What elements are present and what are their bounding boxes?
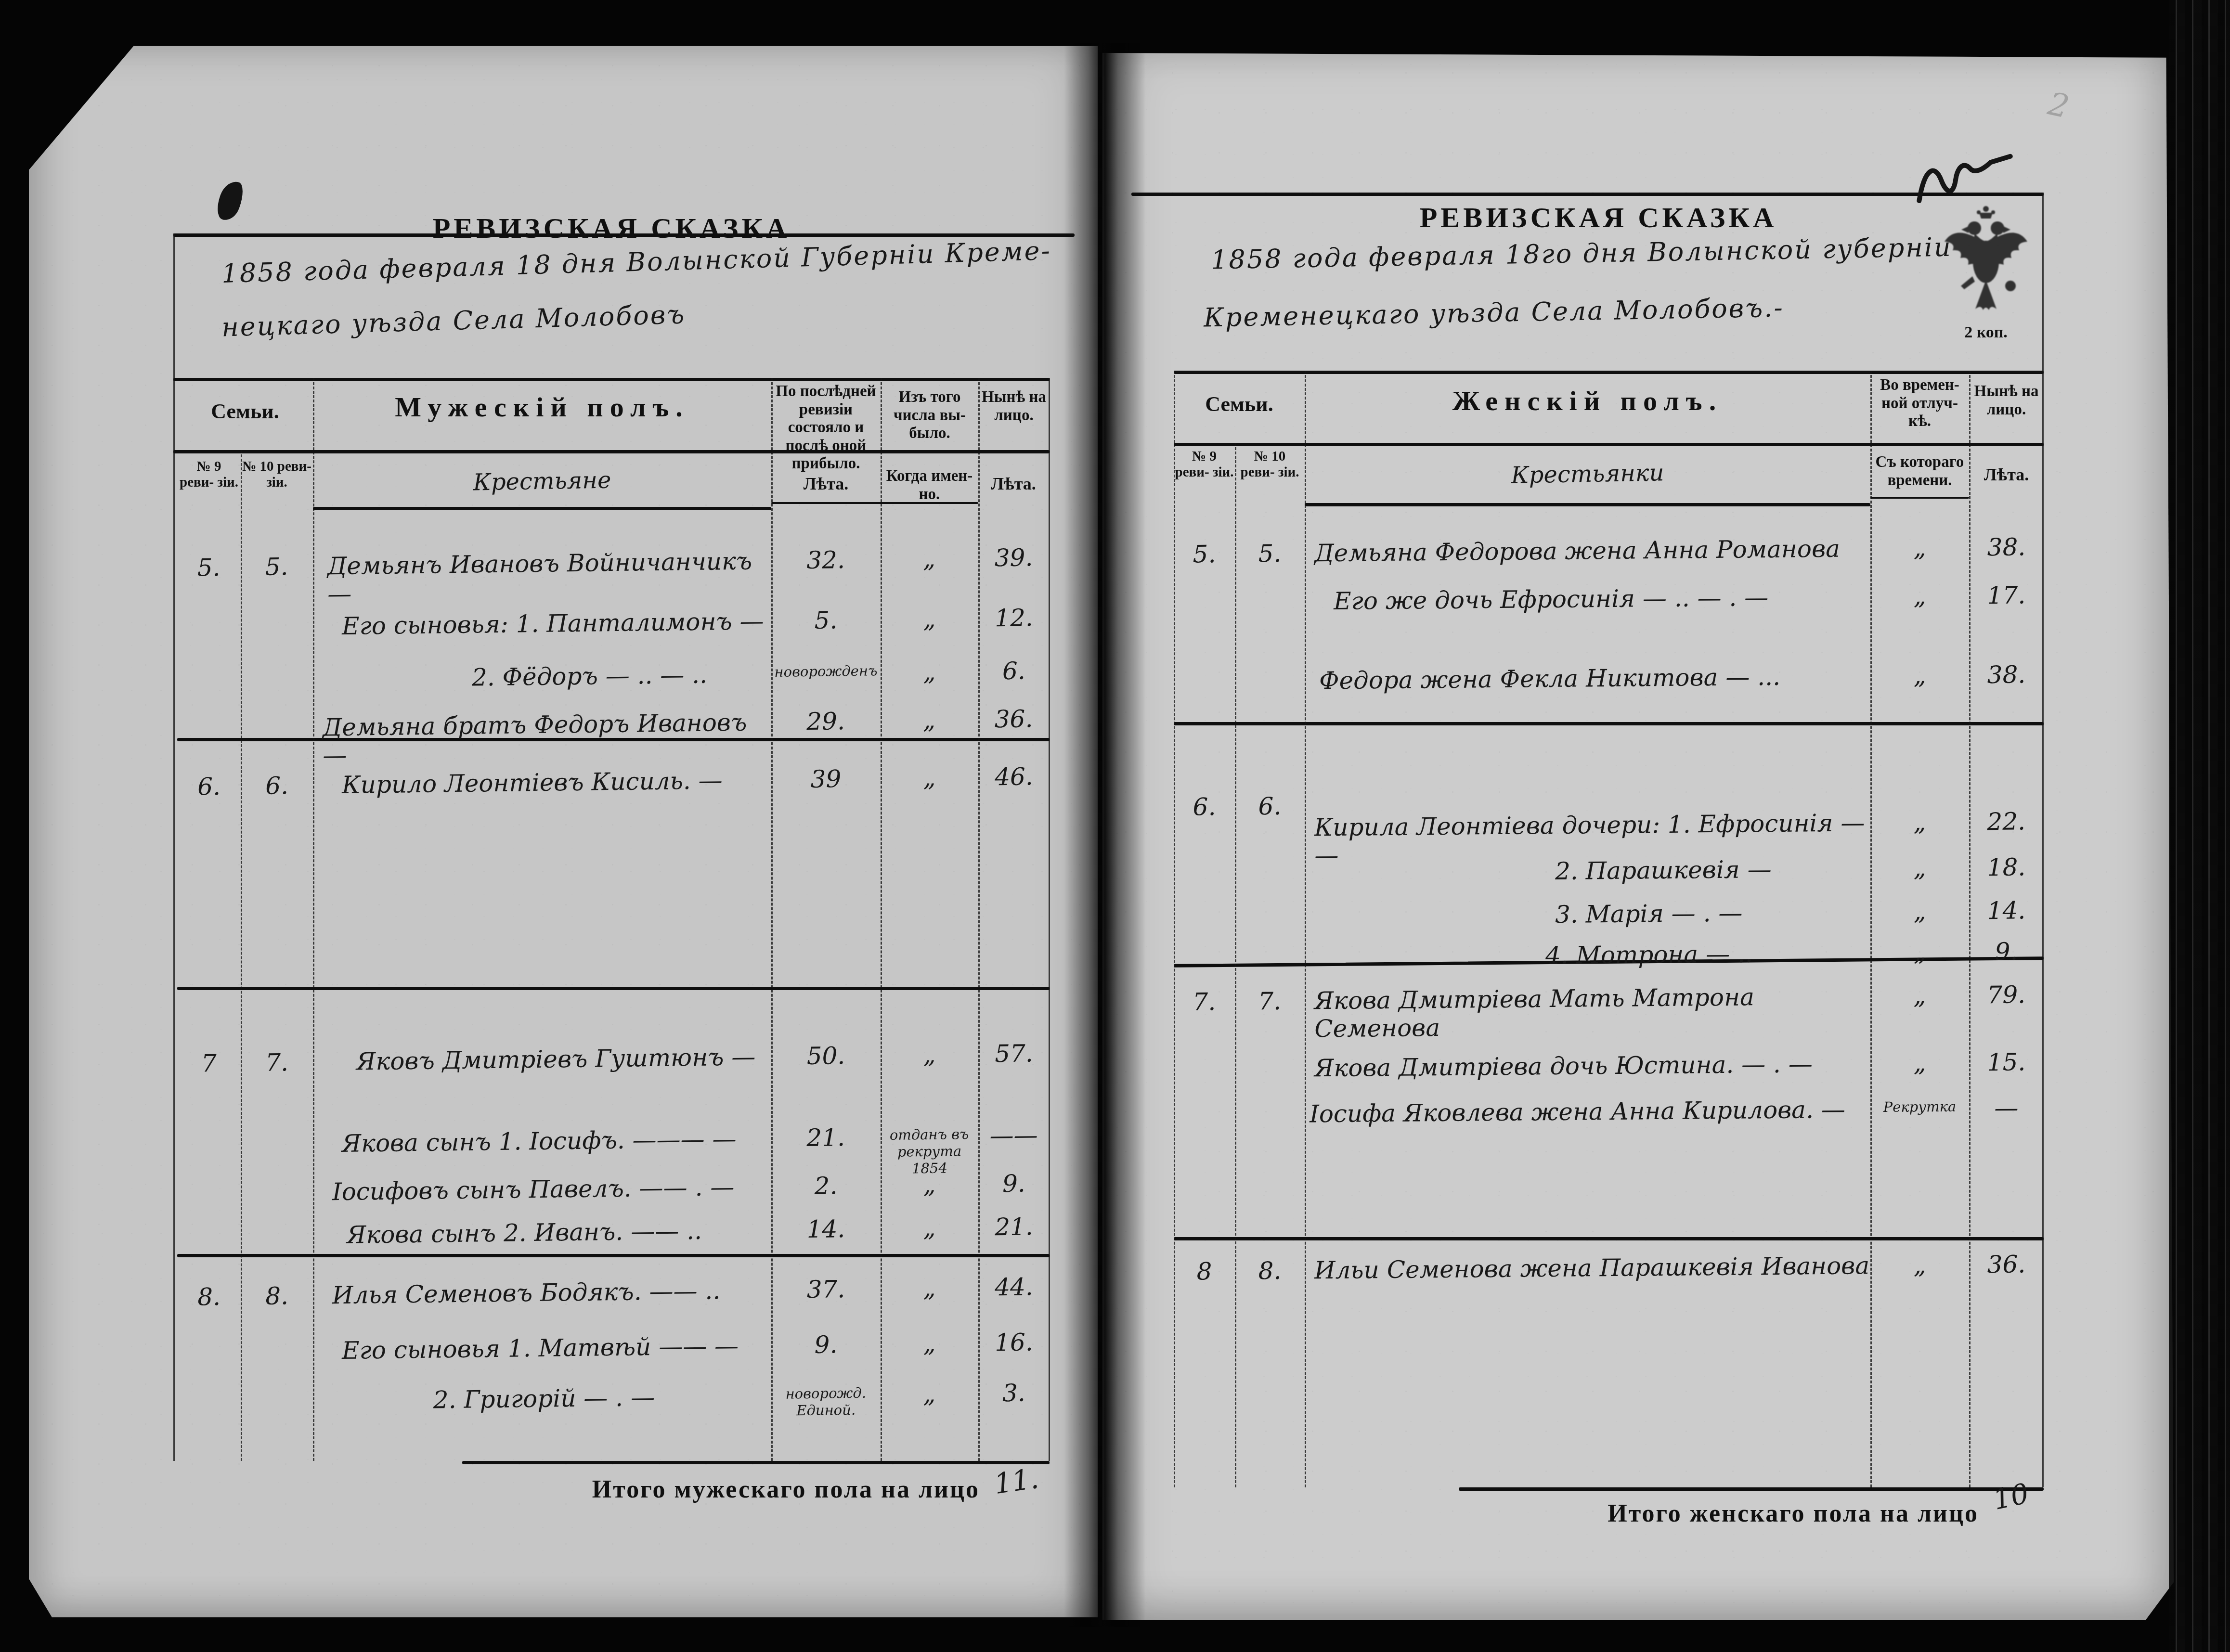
rev9-cell: 5.	[177, 553, 241, 582]
table-top-rule	[173, 378, 1050, 381]
absence-cell: „	[1870, 981, 1969, 1010]
table-row: 7.7.Якова Дмитріева Мать Матрона Семенов…	[1174, 981, 2044, 1044]
rev9-cell	[177, 1388, 241, 1389]
table-row: 3. Марія — . —„14.	[1174, 896, 2044, 932]
age-now-cell: 9.	[978, 1169, 1050, 1198]
name-cell: Его сыновья: 1. Панталимонъ —	[313, 607, 772, 641]
age-prev-cell: 29.	[771, 707, 881, 736]
female-total-label: Итого женскаго пола на лицо	[1305, 1499, 1979, 1528]
rev9-cell	[177, 1222, 241, 1223]
table-row: 4. Мотрона — ..„9.	[1174, 937, 2044, 973]
rev10-cell	[1235, 1100, 1305, 1101]
rev10-cell: 8.	[1235, 1257, 1305, 1285]
age-prev-cell: 14.	[771, 1214, 881, 1244]
rev10-cell	[1235, 944, 1305, 944]
rev10-cell	[241, 1222, 313, 1223]
age-now-cell: 3.	[978, 1379, 1050, 1407]
departed-cell: отданъ въ рекрута 1854	[880, 1122, 978, 1177]
col-subheader-years-now: Лѣта.	[978, 474, 1049, 494]
departed-cell: „	[881, 763, 979, 792]
age-prev-cell: 50.	[771, 1041, 881, 1071]
divider	[313, 507, 771, 510]
name-cell: Якова Дмитріева Мать Матрона Семенова	[1305, 982, 1871, 1043]
name-cell: Его сыновья 1. Матвѣй —— —	[313, 1331, 772, 1365]
absence-cell: „	[1870, 1251, 1969, 1279]
age-now-cell: 44.	[978, 1273, 1050, 1302]
name-cell: Демьяна братъ Федоръ Ивановъ —	[312, 708, 771, 770]
book-page-edges	[2169, 0, 2230, 1652]
age-now-cell: 36.	[1969, 1250, 2044, 1278]
col-header-absence: Во времен- ной отлуч- кѣ.	[1873, 376, 1967, 431]
rev10-cell: 8.	[241, 1282, 313, 1311]
age-now-cell: 9.	[1969, 937, 2044, 966]
table-row: Его сыновья: 1. Панталимонъ —5.„12.	[177, 604, 1050, 642]
name-cell: 2. Григорій — . —	[313, 1382, 772, 1416]
col-header-departed: Изъ того числа вы- было.	[883, 388, 976, 443]
departed-cell: „	[881, 1170, 979, 1199]
name-cell: 2. Фёдоръ — .. — ..	[313, 660, 772, 694]
ink-scribble-mark	[1908, 143, 2029, 213]
table-row: 88.Ильи Семенова жена Парашкевія Иванова…	[1174, 1250, 2044, 1286]
age-prev-cell: 5.	[771, 606, 881, 635]
rev10-cell	[241, 1388, 313, 1389]
rev9-cell	[1174, 1055, 1235, 1056]
document-place-line: Кременецкаго уѣзда Села Молобовъ.-	[1204, 292, 1785, 333]
page-title: РЕВИЗСКАЯ СКАЗКА	[419, 212, 804, 245]
departed-cell: „	[881, 1329, 979, 1358]
age-now-cell: ——	[978, 1121, 1050, 1150]
rev9-cell	[177, 1131, 240, 1132]
rev9-cell	[177, 1338, 241, 1339]
name-cell: Илья Семеновъ Бодякъ. —— ..	[313, 1276, 772, 1310]
age-now-cell: 38.	[1969, 660, 2044, 689]
col-subheader-peasants: Крестьянки	[1305, 456, 1871, 492]
age-now-cell: —	[1969, 1094, 2044, 1122]
double-headed-eagle-stamp-icon	[1938, 203, 2034, 323]
name-cell: Якова Дмитріева дочь Юстина. — . —	[1305, 1049, 1870, 1082]
rev10-cell	[241, 1337, 313, 1338]
table-row: 8.8.Илья Семеновъ Бодякъ. —— ..37.„44.	[177, 1273, 1050, 1311]
name-cell: Демьяна Федорова жена Анна Романова	[1305, 534, 1870, 567]
absence-cell: „	[1870, 897, 1969, 926]
divider	[1305, 503, 1870, 506]
absence-cell: Рекрутка	[1870, 1094, 1969, 1116]
name-cell: Его же дочь Ефросинія — .. — . —	[1305, 582, 1870, 615]
name-cell: Демьянъ Ивановъ Войничанчикъ —	[312, 547, 771, 608]
rev9-cell	[177, 666, 241, 667]
name-cell: Якова сынъ 2. Иванъ. —— ..	[313, 1216, 772, 1250]
male-total-label: Итого мужескаго пола на лицо	[313, 1475, 980, 1504]
absence-cell: „	[1870, 1048, 1969, 1077]
rev9-cell	[1174, 814, 1235, 815]
col-header-present: Нынѣ на лицо.	[1971, 383, 2041, 419]
document-place-line: нецкаго уѣзда Села Молобовъ	[221, 299, 686, 343]
age-prev-cell: новорожд. Единой.	[771, 1381, 881, 1419]
age-prev-cell: 21.	[771, 1123, 881, 1152]
absence-cell: „	[1870, 661, 1969, 690]
departed-cell: „	[881, 1213, 979, 1242]
age-now-cell: 38.	[1969, 533, 2044, 561]
col-subheader-years-prev: Лѣта.	[771, 474, 881, 494]
age-prev-cell: новорожденъ	[771, 658, 881, 681]
departed-cell: „	[880, 544, 978, 573]
rev10-cell: 6.	[241, 772, 313, 800]
absence-cell: „	[1870, 938, 1969, 967]
rev9-cell: 6.	[177, 772, 241, 801]
col-header-family: Семьи.	[1174, 392, 1305, 416]
rev10-cell	[1235, 860, 1305, 860]
rev10-cell	[1235, 814, 1305, 814]
rev10-cell: 7.	[1235, 987, 1305, 1016]
name-cell: Ильи Семенова жена Парашкевія Иванова	[1305, 1252, 1870, 1284]
table-row: Іосифа Яковлева жена Анна Кирилова. —Рек…	[1174, 1094, 2044, 1129]
age-now-cell: 21.	[978, 1213, 1050, 1241]
age-now-cell: 18.	[1969, 853, 2044, 881]
table-row: Федора жена Фекла Никитова — ...„38.	[1174, 660, 2044, 696]
age-prev-cell: 32.	[771, 545, 881, 575]
table-row: 5.5.Демьяна Федорова жена Анна Романова„…	[1174, 533, 2044, 568]
name-cell: 2. Парашкевія —	[1305, 854, 1870, 887]
departed-cell: „	[880, 706, 978, 735]
departed-cell: „	[880, 1380, 978, 1408]
col-subheader-since-when: Съ котораго времени.	[1873, 453, 1967, 490]
rev10-cell: 7.	[241, 1048, 313, 1077]
col-header-gender: Женскій полъ.	[1305, 385, 1870, 417]
departed-cell: „	[881, 605, 979, 633]
age-now-cell: 12.	[978, 604, 1050, 632]
rev9-cell	[1174, 588, 1235, 589]
rev9-cell	[1174, 1101, 1235, 1101]
departed-cell: „	[881, 1274, 979, 1303]
rev9-cell	[177, 714, 240, 715]
left-page: РЕВИЗСКАЯ СКАЗКА 1858 года февраля 18 дн…	[29, 46, 1098, 1617]
rev10-cell	[1235, 1055, 1305, 1055]
absence-cell: „	[1870, 853, 1969, 882]
age-now-cell: 36.	[978, 705, 1050, 734]
age-prev-cell: 2.	[771, 1171, 881, 1200]
col-subheader-peasants: Крестьяне	[313, 465, 772, 499]
divider	[177, 987, 1050, 990]
pencil-page-number: 2	[2045, 85, 2072, 125]
col-header-prev-revision: По послѣдней ревизіи состояло и послѣ он…	[774, 383, 878, 473]
female-total-value: 10	[1990, 1477, 2032, 1516]
age-now-cell	[1969, 786, 2044, 786]
rev9-cell: 7	[177, 1049, 241, 1078]
name-cell: 4. Мотрона — ..	[1305, 939, 1870, 971]
absence-cell	[1870, 786, 1969, 787]
table-bottom-rule	[1459, 1487, 2044, 1491]
table-row: 2. Григорій — . —новорожд. Единой.„3.	[177, 1379, 1050, 1427]
ink-blot	[213, 178, 247, 224]
col-header-gender: Мужескій полъ.	[313, 391, 771, 423]
rev9-cell	[177, 613, 241, 614]
rev10-cell: 5.	[1235, 540, 1305, 568]
table-row: Его же дочь Ефросинія — .. — . —„17.	[1174, 581, 2044, 617]
rev10-cell	[240, 1130, 312, 1131]
age-now-cell: 16.	[978, 1328, 1050, 1357]
divider	[177, 1254, 1050, 1257]
age-now-cell: 57.	[978, 1039, 1050, 1068]
name-cell: Іосифовъ сынъ Павелъ. —— . —	[313, 1173, 772, 1206]
rev9-cell: 8.	[177, 1282, 241, 1311]
name-cell: Кирило Леонтіевъ Кисиль. —	[313, 766, 772, 800]
male-total-value: 11.	[992, 1462, 1041, 1500]
page-title: РЕВИЗСКАЯ СКАЗКА	[1406, 201, 1791, 234]
age-now-cell: 15.	[1969, 1048, 2044, 1076]
rev10-cell	[241, 613, 313, 614]
rev10-cell: 5.	[240, 553, 313, 581]
name-cell: Яковъ Дмитріевъ Гуштюнъ —	[313, 1043, 772, 1076]
rev9-cell: 7.	[1174, 988, 1235, 1016]
table-row: Его сыновья 1. Матвѣй —— —9.„16.	[177, 1328, 1050, 1367]
rev9-cell: 5.	[1174, 540, 1235, 568]
col-header-family: Семьи.	[177, 400, 313, 424]
divider	[173, 233, 175, 1461]
absence-cell: „	[1870, 581, 1969, 610]
col-subheader-years-now: Лѣта.	[1969, 465, 2044, 485]
departed-cell: „	[881, 1040, 979, 1069]
age-prev-cell: 39	[771, 764, 881, 794]
rev9-cell	[1174, 944, 1235, 945]
divider	[1131, 193, 2044, 196]
name-cell	[1305, 787, 1870, 792]
right-page: 2 2 коп. РЕВИЗСКАЯ СКАЗКА 1858 года февр…	[1102, 53, 2174, 1620]
age-now-cell: 39.	[978, 543, 1050, 572]
divider	[173, 450, 1050, 453]
divider	[1870, 497, 1969, 499]
rev9-cell	[1174, 668, 1235, 668]
age-now-cell: 17.	[1969, 581, 2044, 609]
absence-cell: „	[1870, 533, 1969, 562]
rev9-cell: 8	[1174, 1257, 1235, 1286]
age-now-cell: 14.	[1969, 896, 2044, 925]
col-header-present: Нынѣ на лицо.	[981, 388, 1047, 425]
col-header-rev10: № 10 реви- зіи.	[242, 459, 312, 490]
age-prev-cell: 9.	[771, 1330, 881, 1359]
age-now-cell: 22.	[1969, 807, 2044, 836]
age-now-cell: 46.	[978, 762, 1050, 791]
name-cell: 3. Марія — . —	[1305, 898, 1870, 930]
rev10-cell	[240, 714, 312, 715]
col-header-rev9: № 9 реви- зіи.	[178, 459, 240, 490]
rev10-cell	[1235, 903, 1305, 903]
col-subheader-when: Когда имен- но.	[881, 467, 978, 503]
table-row: 5.5.Демьянъ Ивановъ Войничанчикъ —32.„39…	[177, 543, 1050, 610]
table-row: Демьяна братъ Федоръ Ивановъ —29.„36.	[177, 705, 1050, 771]
stamp-denomination: 2 коп.	[1938, 323, 2034, 342]
age-now-cell: 6.	[978, 657, 1050, 685]
rev10-cell	[241, 666, 313, 667]
rev9-cell	[1174, 903, 1235, 904]
table-row: Якова сынъ 2. Иванъ. —— ..14.„21.	[177, 1213, 1050, 1251]
departed-cell: „	[881, 658, 979, 686]
col-header-rev9: № 9 реви- зіи.	[1175, 449, 1234, 480]
document-date-line: 1858 года февраля 18го дня Волынской губ…	[1211, 232, 1953, 275]
table-bottom-rule	[462, 1461, 1050, 1464]
table-row: 2. Фёдоръ — .. — ..новорожденъ„6.	[177, 657, 1050, 695]
name-cell: Якова сынъ 1. Іосифъ. ——— —	[312, 1124, 771, 1158]
age-prev-cell: 37.	[771, 1275, 881, 1304]
absence-cell: „	[1870, 808, 1969, 837]
table-row: Якова Дмитріева дочь Юстина. — . —„15.	[1174, 1048, 2044, 1084]
col-header-rev10: № 10 реви- зіи.	[1236, 449, 1304, 480]
rev10-cell	[1235, 588, 1305, 588]
rev9-cell	[1174, 860, 1235, 861]
rev10-cell	[1235, 667, 1305, 668]
age-now-cell: 79.	[1969, 981, 2044, 1009]
name-cell: Іосифа Яковлева жена Анна Кирилова. —	[1305, 1095, 1870, 1128]
name-cell: Федора жена Фекла Никитова — ...	[1305, 662, 1870, 695]
table-row: 77.Яковъ Дмитріевъ Гуштюнъ —50.„57.	[177, 1039, 1050, 1078]
